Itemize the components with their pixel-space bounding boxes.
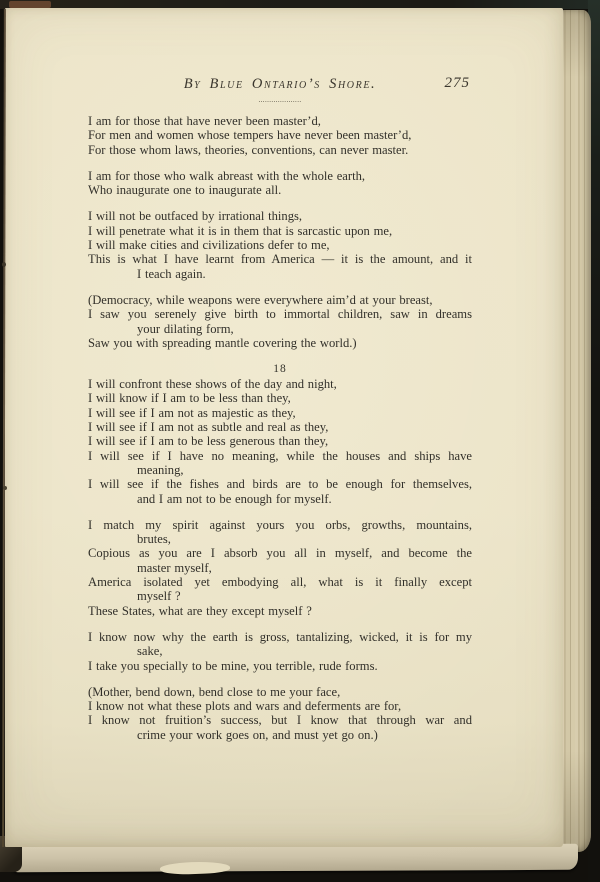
ornament-dotted-rule: .................... [88, 97, 472, 107]
poem-line: I will know if I am to be less than they… [88, 391, 472, 405]
poem-line: I match my spirit against yours you orbs… [88, 518, 472, 532]
stanza: I will not be outfaced by irrational thi… [88, 209, 472, 280]
poem-line: meaning, [88, 463, 472, 477]
poem-line: Saw you with spreading mantle covering t… [88, 336, 472, 350]
poem-line: I will make cities and civilizations def… [88, 238, 472, 252]
text-block: By Blue Ontario’s Shore. 275 ...........… [88, 76, 472, 742]
poem-text: I am for those that have never been mast… [88, 114, 472, 742]
poem-line: I will see if I am not as subtle and rea… [88, 420, 472, 434]
poem-line: and I am not to be enough for myself. [88, 492, 472, 506]
poem-line: sake, [88, 644, 472, 658]
poem-line: I will penetrate what it is in them that… [88, 224, 472, 238]
poem-line: These States, what are they except mysel… [88, 604, 472, 618]
book-photo: { "page": { "header": { "title": "By Blu… [0, 0, 600, 882]
stanza: (Mother, bend down, bend close to me you… [88, 685, 472, 742]
section-number: 18 [88, 362, 472, 377]
poem-line: I will see if I am not as majestic as th… [88, 406, 472, 420]
poem-line: I will see if the fishes and birds are t… [88, 477, 472, 491]
poem-line: I take you specially to be mine, you ter… [88, 659, 472, 673]
poem-line: myself ? [88, 589, 472, 603]
page-number: 275 [445, 75, 471, 92]
poem-line: (Democracy, while weapons were everywher… [88, 293, 472, 307]
poem-line: I know not what these plots and wars and… [88, 699, 472, 713]
poem-line: I teach again. [88, 267, 472, 281]
poem-line: I am for those that have never been mast… [88, 114, 472, 128]
poem-line: This is what I have learnt from America … [88, 252, 472, 266]
poem-line: I know now why the earth is gross, tanta… [88, 630, 472, 644]
poem-line: For men and women whose tempers have nev… [88, 128, 472, 142]
poem-line: master myself, [88, 561, 472, 575]
stanza: I match my spirit against yours you orbs… [88, 518, 472, 618]
binding-brown-mark [9, 1, 51, 8]
poem-line: I will see if I have no meaning, while t… [88, 449, 472, 463]
poem-line: I will see if I am to be less generous t… [88, 434, 472, 448]
stanza: I am for those who walk abreast with the… [88, 169, 472, 198]
poem-line: I will confront these shows of the day a… [88, 377, 472, 391]
poem-line: your dilating form, [88, 322, 472, 336]
stanza: I will confront these shows of the day a… [88, 377, 472, 506]
page-header: By Blue Ontario’s Shore. 275 [88, 76, 472, 97]
running-title: By Blue Ontario’s Shore. [88, 76, 472, 93]
poem-line: For those whom laws, theories, conventio… [88, 143, 472, 157]
stanza: (Democracy, while weapons were everywher… [88, 293, 472, 350]
poem-line: brutes, [88, 532, 472, 546]
book-fore-edge [561, 10, 591, 852]
poem-line: Who inaugurate one to inaugurate all. [88, 183, 472, 197]
page-paper: By Blue Ontario’s Shore. 275 ...........… [5, 8, 563, 847]
stanza: I am for those that have never been mast… [88, 114, 472, 157]
poem-line: Copious as you are I absorb you all in m… [88, 546, 472, 560]
gutter-speck [2, 262, 6, 267]
stanza: I know now why the earth is gross, tanta… [88, 630, 472, 673]
poem-line: I know not fruition’s success, but I kno… [88, 713, 472, 727]
poem-line: I will not be outfaced by irrational thi… [88, 209, 472, 223]
under-page-edge [11, 844, 578, 872]
gutter-speck [3, 486, 7, 490]
poem-line: America isolated yet embodying all, what… [88, 575, 472, 589]
poem-line: (Mother, bend down, bend close to me you… [88, 685, 472, 699]
poem-line: I am for those who walk abreast with the… [88, 169, 472, 183]
poem-line: crime your work goes on, and must yet go… [88, 728, 472, 742]
poem-line: I saw you serenely give birth to immorta… [88, 307, 472, 321]
